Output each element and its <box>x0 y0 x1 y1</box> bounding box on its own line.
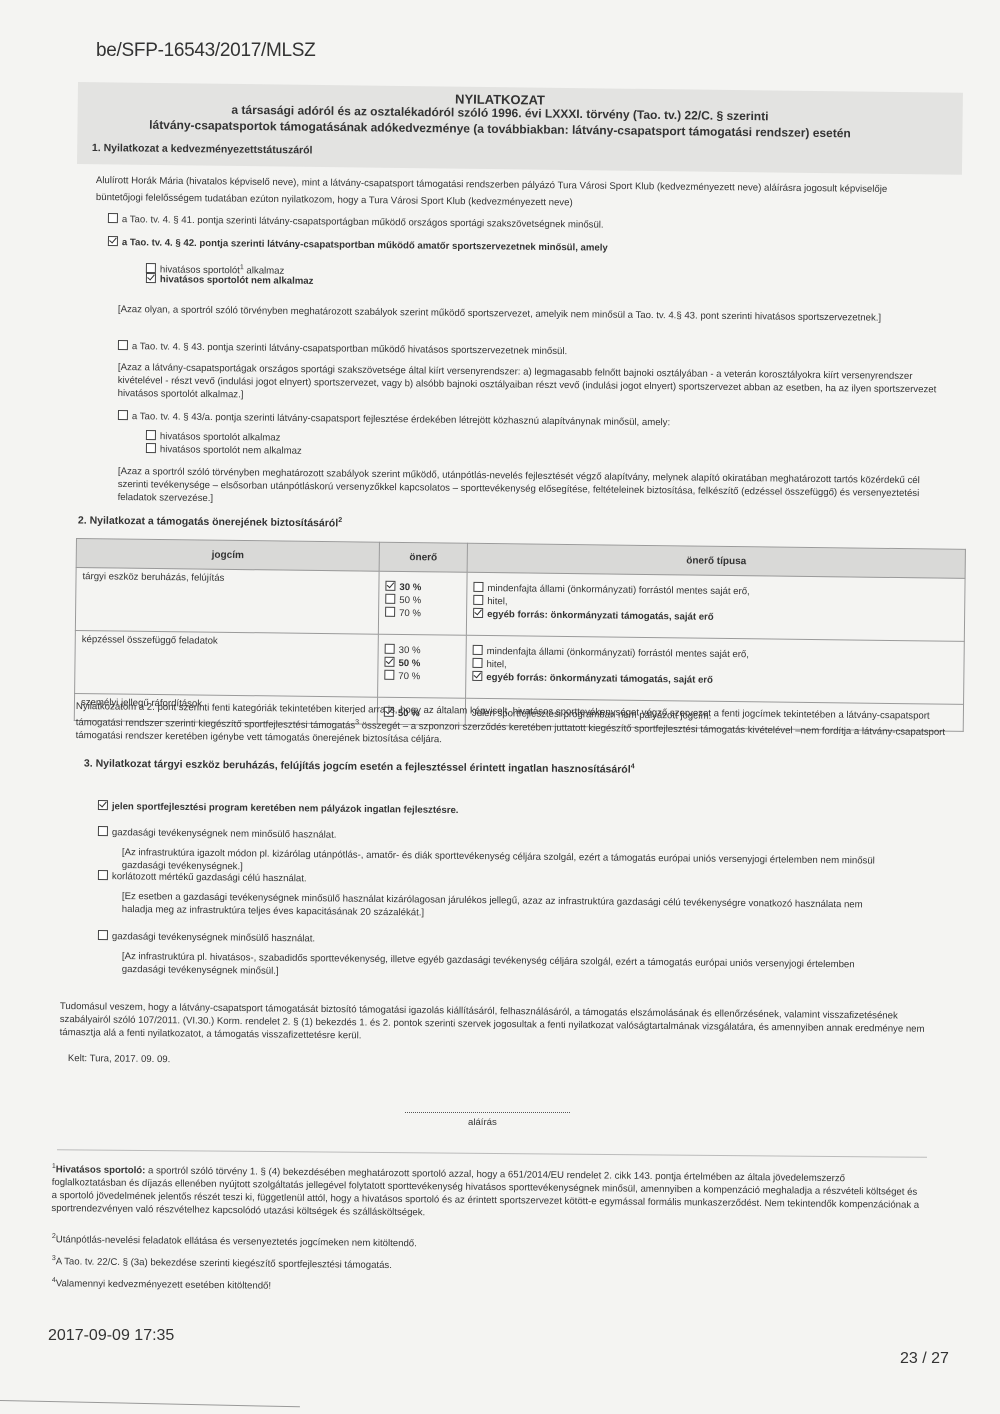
onero-cell: 30 %50 %70 % <box>378 634 467 698</box>
section-3-option[interactable]: gazdasági tevékenységnek minősülő haszná… <box>98 930 315 945</box>
footnote-divider <box>57 1149 927 1158</box>
onero-option[interactable]: 70 % <box>384 670 459 684</box>
onero-tipus-checkbox[interactable] <box>472 671 482 681</box>
option-41[interactable]: a Tao. tv. 4. § 41. pontja szerinti látv… <box>108 213 604 232</box>
col-header-onero: önerő <box>379 542 467 572</box>
jogcim-cell: képzéssel összefüggő feladatok <box>75 630 379 697</box>
jogcim-cell: tárgyi eszköz beruházás, felújítás <box>75 568 379 635</box>
onero-option[interactable]: 50 % <box>385 594 460 608</box>
section-1-title: 1. Nyilatkozat a kedvezményezettstátuszá… <box>92 142 313 157</box>
onero-checkbox[interactable] <box>385 581 395 591</box>
footnote: 4Valamennyi kedvezményezett esetében kit… <box>52 1274 922 1300</box>
onero-checkbox[interactable] <box>384 657 394 667</box>
onero-tipus-checkbox[interactable] <box>472 658 482 668</box>
scan-edge <box>0 1400 300 1407</box>
checkbox-option-42[interactable] <box>108 236 118 246</box>
option-42-no-pro[interactable]: hivatásos sportolót nem alkalmaz <box>146 273 314 288</box>
amateur-note: [Azaz olyan, a sportról szóló törvényben… <box>118 303 918 325</box>
onero-tipus-checkbox[interactable] <box>473 608 483 618</box>
footnote: 1Hivatásos sportoló: a sportról szóló tö… <box>51 1160 922 1225</box>
section-2-statement: Nyilatkozatom a 2. pont szerinti fenti k… <box>76 700 956 752</box>
option-43a[interactable]: a Tao. tv. 4. § 43/a. pontja szerinti lá… <box>118 410 670 429</box>
section-3-checkbox[interactable] <box>98 826 108 836</box>
page-number: 23 / 27 <box>900 1350 949 1368</box>
option-43a-note: [Azaz a sportról szóló törvényben meghat… <box>118 465 948 513</box>
section-2-title: 2. Nyilatkozat a támogatás önerejének bi… <box>78 514 342 529</box>
section-3-title: 3. Nyilatkozat tárgyi eszköz beruházás, … <box>84 757 635 776</box>
section-3-checkbox[interactable] <box>98 870 108 880</box>
date-place: Kelt: Tura, 2017. 09. 09. <box>68 1052 171 1066</box>
option-43-note: [Azaz a látvány-csapatsportágak országos… <box>118 361 948 409</box>
option-43[interactable]: a Tao. tv. 4. § 43. pontja szerinti látv… <box>118 340 567 358</box>
onero-option[interactable]: 30 % <box>385 644 460 658</box>
onero-checkbox[interactable] <box>384 670 394 680</box>
onero-tipus-cell: mindenfajta állami (önkormányzati) forrá… <box>466 572 965 641</box>
section-3-note: [Az infrastruktúra pl. hivatásos-, szaba… <box>122 950 882 985</box>
onero-tipus-checkbox[interactable] <box>473 645 483 655</box>
print-timestamp: 2017-09-09 17:35 <box>48 1327 174 1345</box>
table-row: tárgyi eszköz beruházás, felújítás30 %50… <box>75 568 965 642</box>
onero-tipus-checkbox[interactable] <box>473 595 483 605</box>
onero-option[interactable]: 30 % <box>385 581 460 595</box>
footnote: 3A Tao. tv. 22/C. § (3a) bekezdése szeri… <box>52 1252 922 1278</box>
onero-checkbox[interactable] <box>385 607 395 617</box>
checkbox-option-43a[interactable] <box>118 410 128 420</box>
section-3-option[interactable]: korlátozott mértékű gazdasági célú haszn… <box>98 870 307 885</box>
acknowledgement: Tudomásul veszem, hogy a látvány-csapats… <box>60 1000 940 1049</box>
col-header-jogcim: jogcím <box>76 539 379 572</box>
signature-label: aláírás <box>468 1116 497 1129</box>
checkbox-option-41[interactable] <box>108 213 118 223</box>
onero-tipus-checkbox[interactable] <box>473 582 483 592</box>
section-3-option[interactable]: gazdasági tevékenységnek nem minősülő ha… <box>98 826 337 842</box>
option-42[interactable]: a Tao. tv. 4. § 42. pontja szerinti látv… <box>108 236 608 255</box>
document-id: be/SFP-16543/2017/MLSZ <box>96 40 315 62</box>
onero-tipus-cell: mindenfajta állami (önkormányzati) forrá… <box>466 635 965 704</box>
section-3-checkbox[interactable] <box>98 930 108 940</box>
onero-checkbox[interactable] <box>385 644 395 654</box>
table-row: képzéssel összefüggő feladatok30 %50 %70… <box>75 630 965 704</box>
section-3-note: [Ez esetben a gazdasági tevékenységnek m… <box>122 890 882 925</box>
checkbox-option-43[interactable] <box>118 340 128 350</box>
onero-checkbox[interactable] <box>385 594 395 604</box>
onero-option[interactable]: 70 % <box>385 607 460 621</box>
checkbox-43a-employs-pro[interactable] <box>146 430 156 440</box>
onero-option[interactable]: 50 % <box>384 657 459 671</box>
checkbox-no-pro[interactable] <box>146 273 156 283</box>
footnote: 2Utánpótlás-nevelési feladatok ellátása … <box>52 1230 922 1256</box>
onero-cell: 30 %50 %70 % <box>378 571 467 635</box>
scanned-document-page: be/SFP-16543/2017/MLSZ NYILATKOZAT a tár… <box>0 0 1000 1414</box>
checkbox-43a-no-pro[interactable] <box>146 443 156 453</box>
signature-line <box>405 1112 570 1113</box>
section-3-checkbox[interactable] <box>98 800 108 810</box>
section-3-option[interactable]: jelen sportfejlesztési program keretében… <box>98 800 459 817</box>
option-43a-no-pro[interactable]: hivatásos sportolót nem alkalmaz <box>146 443 302 458</box>
